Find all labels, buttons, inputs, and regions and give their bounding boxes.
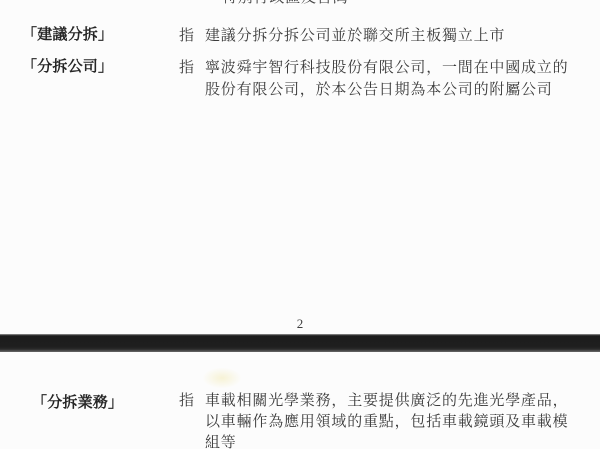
page-number: 2 xyxy=(0,316,600,332)
ref-word: 指 xyxy=(179,393,194,409)
definition-term-proposed-spinoff: 「建議分拆」 xyxy=(22,27,113,43)
scan-artifact-smudge xyxy=(196,364,248,392)
clipped-text-line: 特別行政區及台灣 xyxy=(222,0,422,7)
page-separator-bar xyxy=(0,334,600,352)
definition-line: 寧波舜宇智行科技股份有限公司，一間在中國成立的 xyxy=(205,60,568,76)
document-page-view: 特別行政區及台灣 「建議分拆」 指 建議分拆分拆公司並於聯交所主板獨立上市 「分… xyxy=(0,0,600,449)
ref-word: 指 xyxy=(179,28,194,44)
ref-word: 指 xyxy=(179,60,194,76)
definition-term-spinoff-company: 「分拆公司」 xyxy=(22,59,113,75)
definition-line: 股份有限公司，於本公告日期為本公司的附屬公司 xyxy=(205,82,553,98)
definition-line: 以車輛作為應用領域的重點，包括車載鏡頭及車載模 xyxy=(205,414,568,430)
definition-term-spinoff-business: 「分拆業務」 xyxy=(32,395,123,411)
definition-line: 建議分拆分拆公司並於聯交所主板獨立上市 xyxy=(205,28,505,44)
definition-line: 車載相關光學業務，主要提供廣泛的先進光學產品， xyxy=(205,393,568,409)
clipped-text-fragment: 特別行政區及台灣 xyxy=(222,0,348,6)
definition-line: 組等 xyxy=(205,435,237,449)
